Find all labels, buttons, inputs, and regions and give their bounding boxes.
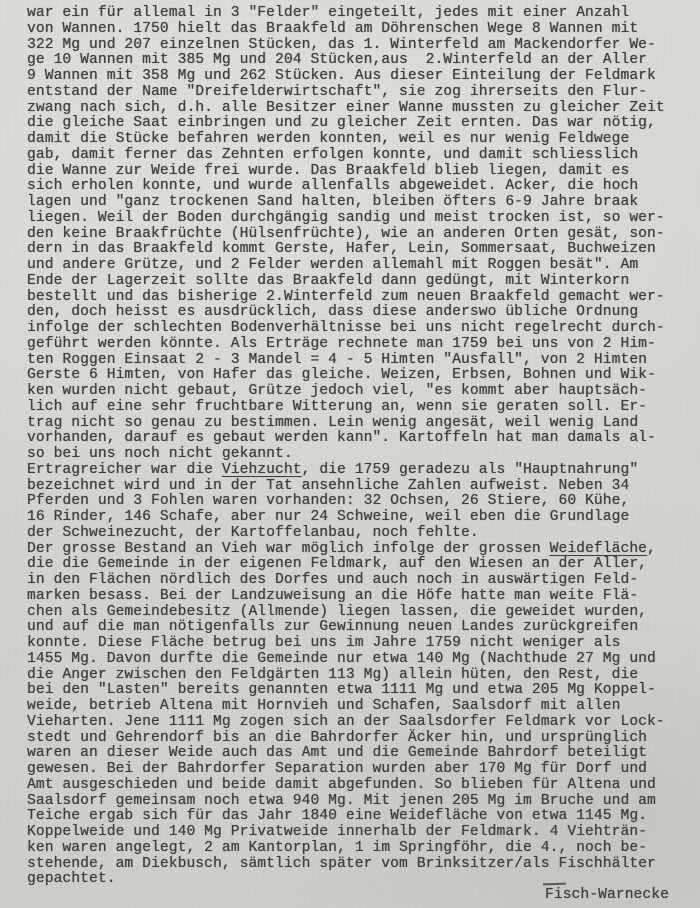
text-line: ken waren angelegt, 2 am Kantorplan, 1 i…	[27, 841, 683, 857]
text-line: 1455 Mg. Davon durfte die Gemeinde nur e…	[27, 652, 683, 668]
text-line: den keine Braakfrüchte (Hülsenfrüchte), …	[27, 227, 683, 243]
text-line: den, doch heisst es ausdrücklich, dass d…	[27, 305, 683, 321]
text-line: Ertragreicher war die Viehzucht, die 175…	[27, 463, 683, 479]
text-line: damit die Stücke befahren werden konnten…	[27, 132, 683, 148]
text-line: Koppelweide und 140 Mg Privatweide inner…	[27, 825, 683, 841]
text-line: gab, damit ferner das Zehnten erfolgen k…	[27, 148, 683, 164]
text-line: und andere Grütze, und 2 Felder werden a…	[27, 258, 683, 274]
text-line: lagen und "ganz trockenen Sand halten, b…	[27, 195, 683, 211]
text-line: die gleiche Saat einbringen und zu gleic…	[27, 116, 683, 132]
text-line: Teiche ergab sich für das Jahr 1840 eine…	[27, 809, 683, 825]
text-line: Der grosse Bestand an Vieh war möglich i…	[27, 542, 683, 558]
text-line: und auf die man nötigenfalls zur Gewinnu…	[27, 620, 683, 636]
document-page: war ein für allemal in 3 "Felder" einget…	[0, 0, 700, 908]
text-line: marken besass. Bei der Landzuweisung an …	[27, 589, 683, 605]
text-line: Pferden und 3 Fohlen waren vorhanden: 32…	[27, 494, 683, 510]
text-line: sich erholen konnte, und wurde allenfall…	[27, 179, 683, 195]
text-line: bestellt und das bisherige 2.Winterfeld …	[27, 290, 683, 306]
text-line: Ende der Lagerzeit sollte das Braakfeld …	[27, 274, 683, 290]
text-line: zwang nach sich, d.h. alle Besitzer eine…	[27, 101, 683, 117]
text-line: stehende, am Diekbusch, sämtlich später …	[27, 857, 683, 873]
text-line: stedt und Gehrendorf bis an die Bahrdorf…	[27, 731, 683, 747]
text-line: Gerste 6 Himten, von Hafer das gleiche. …	[27, 368, 683, 384]
text-line: lich auf eine sehr fruchtbare Witterung …	[27, 400, 683, 416]
text-line: weide, betrieb Altena mit Hornvieh und S…	[27, 699, 683, 715]
text-line: so bei uns noch nicht gekannt.	[27, 447, 683, 463]
text-line: waren an dieser Weide auch das Amt und d…	[27, 746, 683, 762]
text-line: der Schweinezucht, der Kartoffelanbau, n…	[27, 526, 683, 542]
text-line: von Wannen. 1750 hielt das Braakfeld am …	[27, 22, 683, 38]
text-line: infolge der schlechten Bodenverhältnisse…	[27, 321, 683, 337]
text-line: bei den "Lasten" bereits genannten etwa …	[27, 683, 683, 699]
text-line: gepachtet.	[27, 872, 683, 888]
text-line: bezeichnet wird und in der Tat ansehnlic…	[27, 479, 683, 495]
text-line: gewesen. Bei der Bahrdorfer Separation w…	[27, 762, 683, 778]
text-line: vorhanden, darauf es gebaut werden kann"…	[27, 431, 683, 447]
underlined-term: Weidefläche	[550, 541, 647, 557]
text-line: 9 Wannen mit 358 Mg und 262 Stücken. Aus…	[27, 69, 683, 85]
text-line: ten Roggen Einsaat 2 - 3 Mandel = 4 - 5 …	[27, 353, 683, 369]
text-line: die die Gemeinde in der eigenen Feldmark…	[27, 557, 683, 573]
text-line: chen als Gemeindebesitz (Allmende) liege…	[27, 605, 683, 621]
text-line: ken wurden nicht gebaut, Grütze jedoch v…	[27, 384, 683, 400]
text-line: 16 Rinder, 146 Schafe, aber nur 24 Schwe…	[27, 510, 683, 526]
text-line: war ein für allemal in 3 "Felder" einget…	[27, 6, 683, 22]
text-line: liegen. Weil der Boden durchgängig sandi…	[27, 211, 683, 227]
text-line: in den Flächen nördlich des Dorfes und a…	[27, 573, 683, 589]
typewritten-text-block: war ein für allemal in 3 "Felder" einget…	[27, 6, 683, 904]
text-line: dern in das Braakfeld kommt Gerste, Hafe…	[27, 242, 683, 258]
text-line: die Anger zwischen den Feldgärten 113 Mg…	[27, 668, 683, 684]
text-line: 322 Mg und 207 einzelnen Stücken, das 1.…	[27, 38, 683, 54]
text-line: entstand der Name "Dreifelderwirtschaft"…	[27, 85, 683, 101]
underlined-term: Viehzucht	[222, 462, 302, 478]
text-line: die Wanne zur Weide frei wurde. Das Braa…	[27, 164, 683, 180]
text-line: Vieharten. Jene 1111 Mg zogen sich an de…	[27, 715, 683, 731]
text-line: trag nicht so genau zu bestimmen. Lein w…	[27, 416, 683, 432]
text-line: Saalsdorf gemeinsam noch etwa 940 Mg. Mi…	[27, 794, 683, 810]
text-line: konnte. Diese Fläche betrug bei uns im J…	[27, 636, 683, 652]
text-line: geführt werden könnte. Als Erträge rechn…	[27, 337, 683, 353]
text-line: ge 10 Wannen mit 385 Mg und 204 Stücken,…	[27, 53, 683, 69]
signature-line: Fisch-Warnecke	[27, 888, 683, 904]
text-line: Amt ausgeschieden und beide damit abgefu…	[27, 778, 683, 794]
